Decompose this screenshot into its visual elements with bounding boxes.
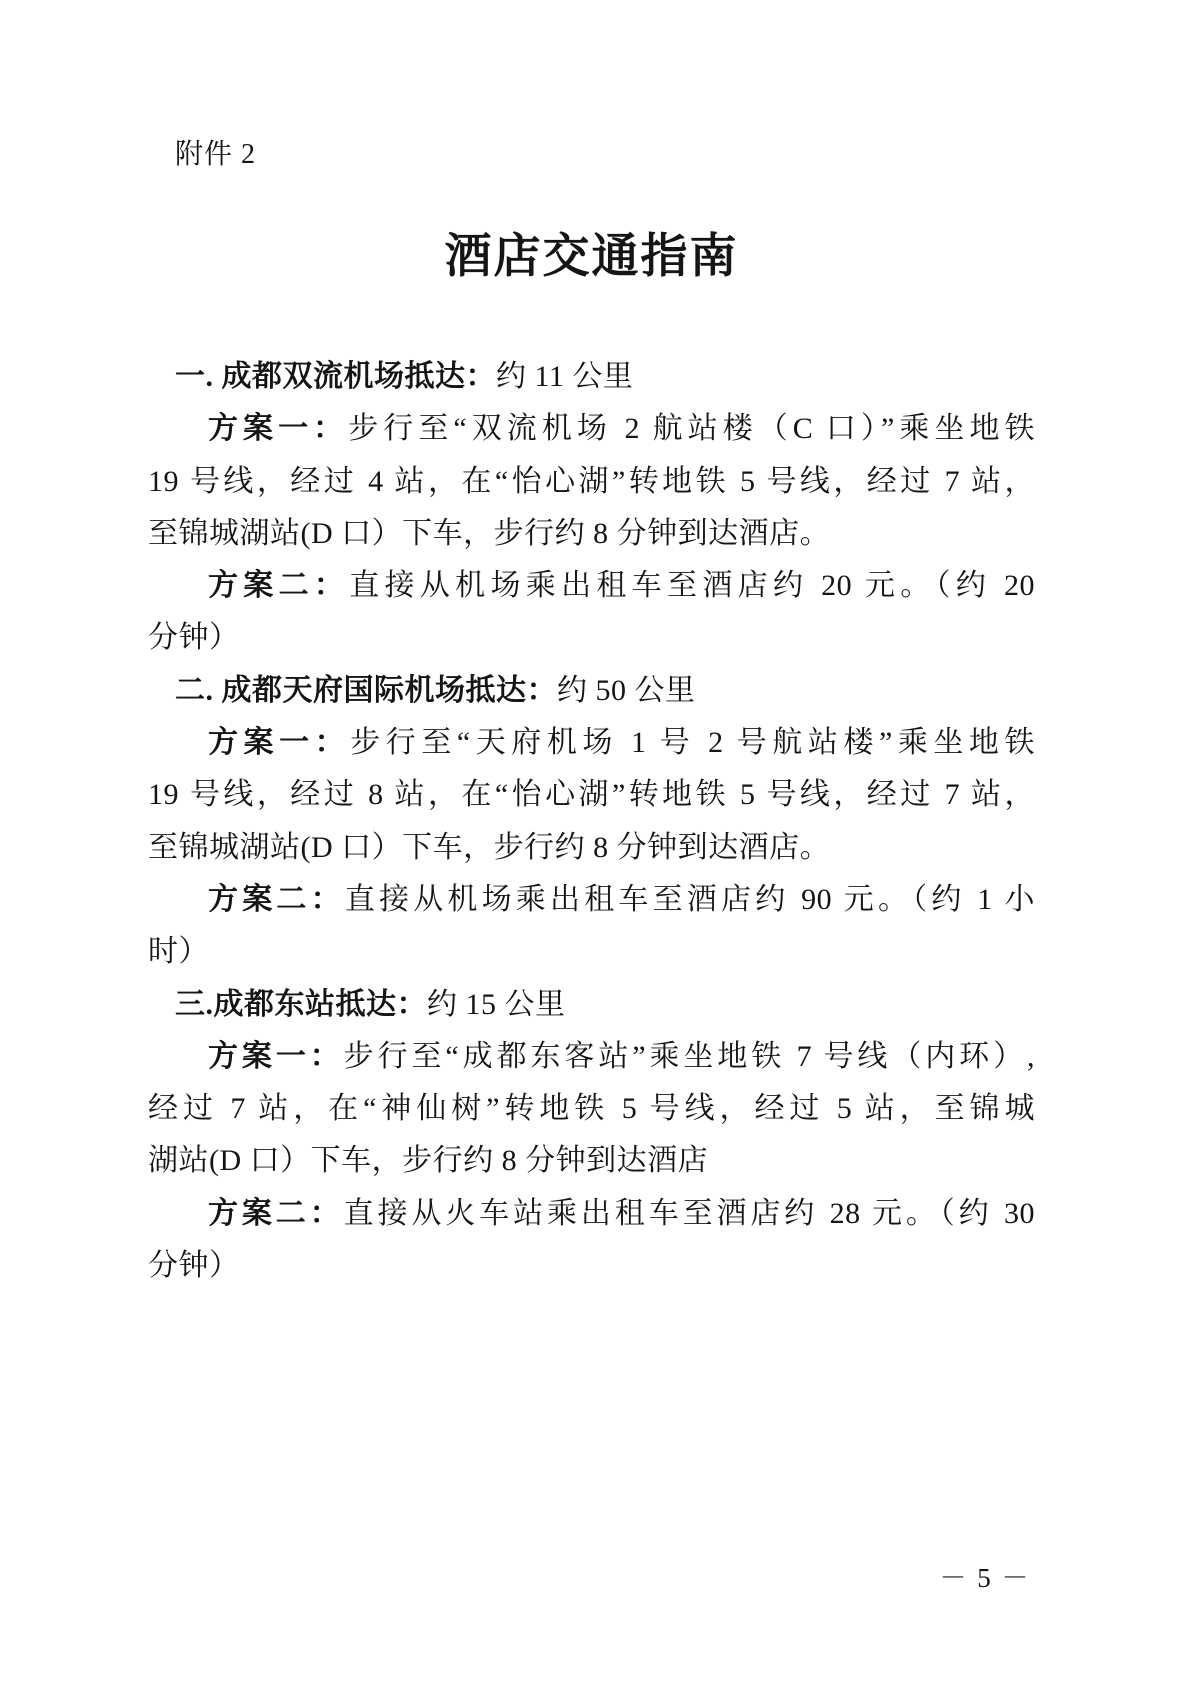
plan-lead-line: 方案一：步行至“成都东客站”乘坐地铁 7 号线（内环）,: [148, 1031, 1035, 1083]
doc-line: 分钟）: [148, 1240, 1035, 1292]
doc-line: 分钟）: [148, 612, 1035, 664]
section-heading-detail: 约 50 公里: [557, 674, 696, 707]
page-number: － 5 －: [930, 1556, 1040, 1595]
doc-line: 19 号线，经过 8 站，在“怡心湖”转地铁 5 号线，经过 7 站，: [148, 769, 1035, 821]
document-title: 酒店交通指南: [148, 228, 1035, 286]
attachment-label: 附件 2: [175, 138, 256, 172]
section-heading-1: 一. 成都双流机场抵达：约 11 公里: [148, 351, 1035, 403]
plan-lead-label: 方案一：: [208, 1040, 344, 1073]
plan-lead-line: 方案一：步行至“双流机场 2 航站楼（C 口）”乘坐地铁: [148, 403, 1035, 455]
plan-lead-label: 方案一：: [208, 412, 348, 445]
plan-lead-label: 方案二：: [208, 569, 349, 602]
doc-line: 至锦城湖站(D 口）下车，步行约 8 分钟到达酒店。: [148, 508, 1035, 560]
section-heading-detail: 约 11 公里: [496, 360, 633, 393]
section-heading-bold: 一. 成都双流机场抵达：: [175, 360, 496, 393]
plan-lead-line: 方案二：直接从机场乘出租车至酒店约 20 元。（约 20: [148, 560, 1035, 612]
plan-lead-label: 方案一：: [208, 726, 350, 759]
document-body: 一. 成都双流机场抵达：约 11 公里方案一：步行至“双流机场 2 航站楼（C …: [148, 351, 1035, 1292]
plan-lead-line: 方案一：步行至“天府机场 1 号 2 号航站楼”乘坐地铁: [148, 717, 1035, 769]
doc-line: 经过 7 站，在“神仙树”转地铁 5 号线，经过 5 站，至锦城: [148, 1083, 1035, 1135]
plan-lead-line: 方案二：直接从火车站乘出租车至酒店约 28 元。（约 30: [148, 1188, 1035, 1240]
section-heading-2: 二. 成都天府国际机场抵达：约 50 公里: [148, 665, 1035, 717]
plan-lead-label: 方案二：: [208, 883, 345, 916]
doc-line: 湖站(D 口）下车，步行约 8 分钟到达酒店: [148, 1135, 1035, 1187]
section-heading-detail: 约 15 公里: [427, 988, 566, 1021]
doc-line: 19 号线，经过 4 站，在“怡心湖”转地铁 5 号线，经过 7 站，: [148, 456, 1035, 508]
section-heading-bold: 三.成都东站抵达：: [175, 988, 427, 1021]
section-heading-bold: 二. 成都天府国际机场抵达：: [175, 674, 557, 707]
plan-lead-label: 方案二：: [208, 1197, 344, 1230]
doc-line: 至锦城湖站(D 口）下车，步行约 8 分钟到达酒店。: [148, 822, 1035, 874]
doc-line: 时）: [148, 926, 1035, 978]
section-heading-3: 三.成都东站抵达：约 15 公里: [148, 979, 1035, 1031]
document-page: 附件 2 酒店交通指南 一. 成都双流机场抵达：约 11 公里方案一：步行至“双…: [0, 0, 1200, 1697]
plan-lead-line: 方案二：直接从机场乘出租车至酒店约 90 元。（约 1 小: [148, 874, 1035, 926]
